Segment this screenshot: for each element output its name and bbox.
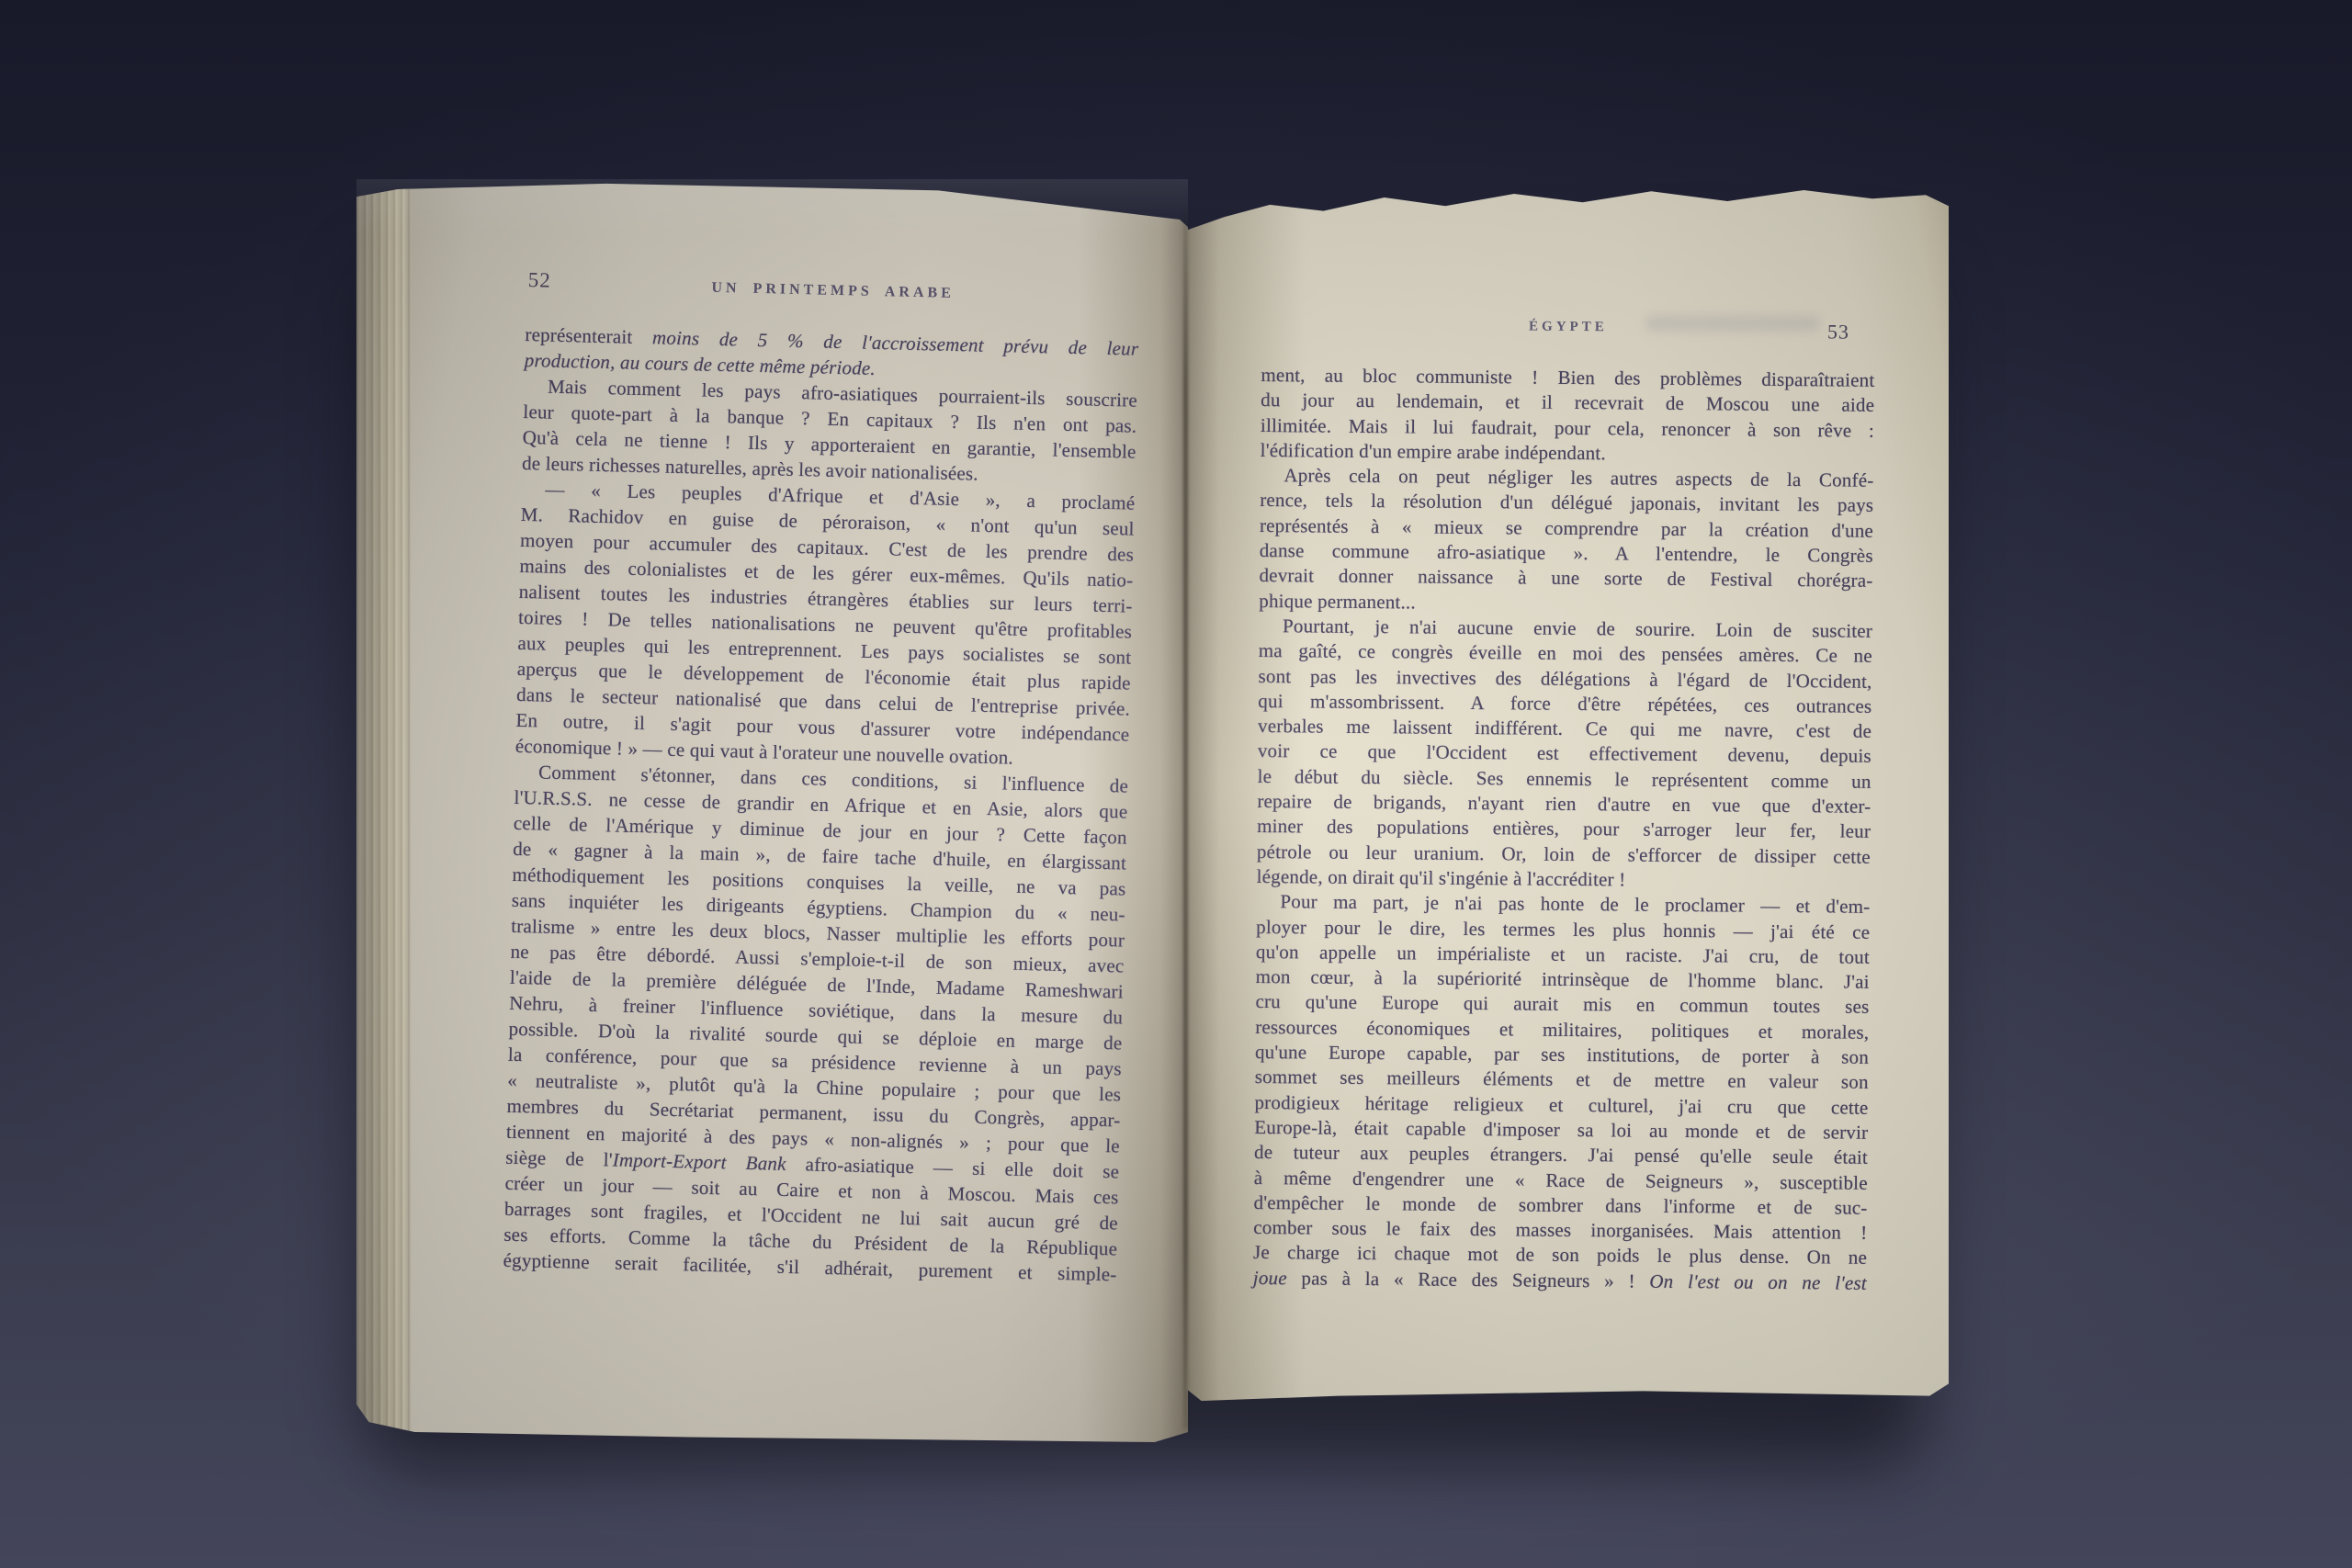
text-run: sommet ses meilleurs éléments et de mett…	[1255, 1066, 1869, 1093]
italic-text-run: joue	[1253, 1267, 1287, 1289]
right-page-text: ÉGYPTE 53 ment, au bloc communiste ! Bie…	[1253, 317, 1875, 1296]
photo-of-open-book: 52 UN PRINTEMPS ARABE représenterait moi…	[0, 0, 2352, 1568]
text-run: comber sous le faix des masses inorganis…	[1253, 1216, 1867, 1244]
text-run: ma gaîté, ce congrès éveille en moi des …	[1259, 639, 1872, 667]
right-page-body: ment, au bloc communiste ! Bien des prob…	[1253, 363, 1875, 1296]
text-run: Pourtant, je n'ai aucune envie de sourir…	[1283, 615, 1872, 642]
text-run: qu'on appelle un impérialiste et un raci…	[1256, 941, 1870, 968]
text-run: pétrole ou leur uranium. Or, loin de s'e…	[1257, 840, 1871, 868]
text-run: Je charge ici chaque mot de son poids le…	[1253, 1241, 1867, 1269]
text-run: légende, on dirait qu'il s'ingénie à l'a…	[1257, 865, 1626, 891]
text-run: Pour ma part, je n'ai pas honte de le pr…	[1280, 890, 1870, 918]
italic-text-run: On l'est ou on ne l'est	[1649, 1269, 1867, 1293]
text-run: miner des populations entières, pour s'a…	[1257, 815, 1871, 842]
text-run: à même d'engendrer une « Race de Seigneu…	[1254, 1166, 1868, 1193]
text-run: ressources économiques et militaires, po…	[1255, 1016, 1869, 1043]
text-run: phique permanent...	[1259, 590, 1416, 613]
text-run: de tuteur aux peuples étrangers. J'ai pe…	[1254, 1141, 1868, 1168]
text-run: qui m'assombrissent. A force d'être répé…	[1258, 690, 1871, 717]
text-run: repaire de brigands, n'ayant rien d'autr…	[1257, 790, 1871, 818]
left-page-text: 52 UN PRINTEMPS ARABE représenterait moi…	[503, 274, 1139, 1287]
book-gutter-crease	[1183, 207, 1188, 1428]
text-run: sont pas les invectives des délégations …	[1258, 665, 1871, 693]
text-run: l'édification d'un empire arabe indépend…	[1261, 439, 1606, 464]
left-page-body: représenterait moins de 5 % de l'accrois…	[503, 321, 1138, 1287]
italic-text-run: Import-Export Bank	[613, 1148, 786, 1174]
text-run: voir ce que l'Occident est effectivement…	[1258, 739, 1871, 767]
text-run: Europe-là, était capable d'imposer sa lo…	[1254, 1116, 1868, 1144]
left-page: 52 UN PRINTEMPS ARABE représenterait moi…	[356, 179, 1188, 1442]
text-run: mon cœur, à la supériorité intrinsèque d…	[1256, 965, 1870, 993]
text-run: rence, tels la résolution d'un délégué j…	[1260, 489, 1873, 516]
right-page-header: ÉGYPTE 53	[1261, 317, 1875, 346]
text-run: qu'une Europe capable, par ses instituti…	[1255, 1041, 1869, 1068]
text-run: cru qu'une Europe qui aurait mis en comm…	[1255, 990, 1869, 1018]
text-line: joue pas à la « Race des Seigneurs » ! O…	[1253, 1266, 1867, 1296]
text-run: prodigieux héritage religieux et culture…	[1254, 1091, 1868, 1119]
text-run: d'empêcher le monde de sombrer dans l'in…	[1253, 1191, 1867, 1219]
text-run: le début du siècle. Ses ennemis le repré…	[1258, 765, 1871, 793]
text-run: ment, au bloc communiste ! Bien des prob…	[1261, 364, 1874, 391]
text-run: devrait donner naissance à une sorte de …	[1259, 564, 1872, 592]
text-run: illimitée. Mais il lui faudrait, pour ce…	[1261, 414, 1874, 442]
text-run: représenterait	[525, 323, 652, 348]
text-run: représentés à « mieux se comprendre par …	[1260, 514, 1873, 542]
running-title-left: UN PRINTEMPS ARABE	[526, 276, 1140, 307]
page-number-right: 53	[1827, 320, 1849, 344]
left-page-edge-stack	[356, 186, 412, 1435]
text-run: verbales me laissent indifférent. Ce qui…	[1258, 715, 1871, 742]
text-run: Après cela on peut négliger les autres a…	[1283, 464, 1873, 491]
right-page: ÉGYPTE 53 ment, au bloc communiste ! Bie…	[1186, 179, 1949, 1401]
text-run: ployer pour le dire, les termes les plus…	[1256, 916, 1870, 943]
right-page-edge-stack	[1921, 192, 1949, 1395]
text-run: pas à la « Race des Seigneurs » !	[1287, 1267, 1650, 1292]
text-run: danse commune afro-asiatique ». A l'ente…	[1260, 539, 1873, 567]
left-page-header: 52 UN PRINTEMPS ARABE	[526, 274, 1140, 316]
text-run: siège de l'	[505, 1146, 613, 1171]
text-run: du jour au lendemain, et il recevrait de…	[1261, 389, 1874, 416]
